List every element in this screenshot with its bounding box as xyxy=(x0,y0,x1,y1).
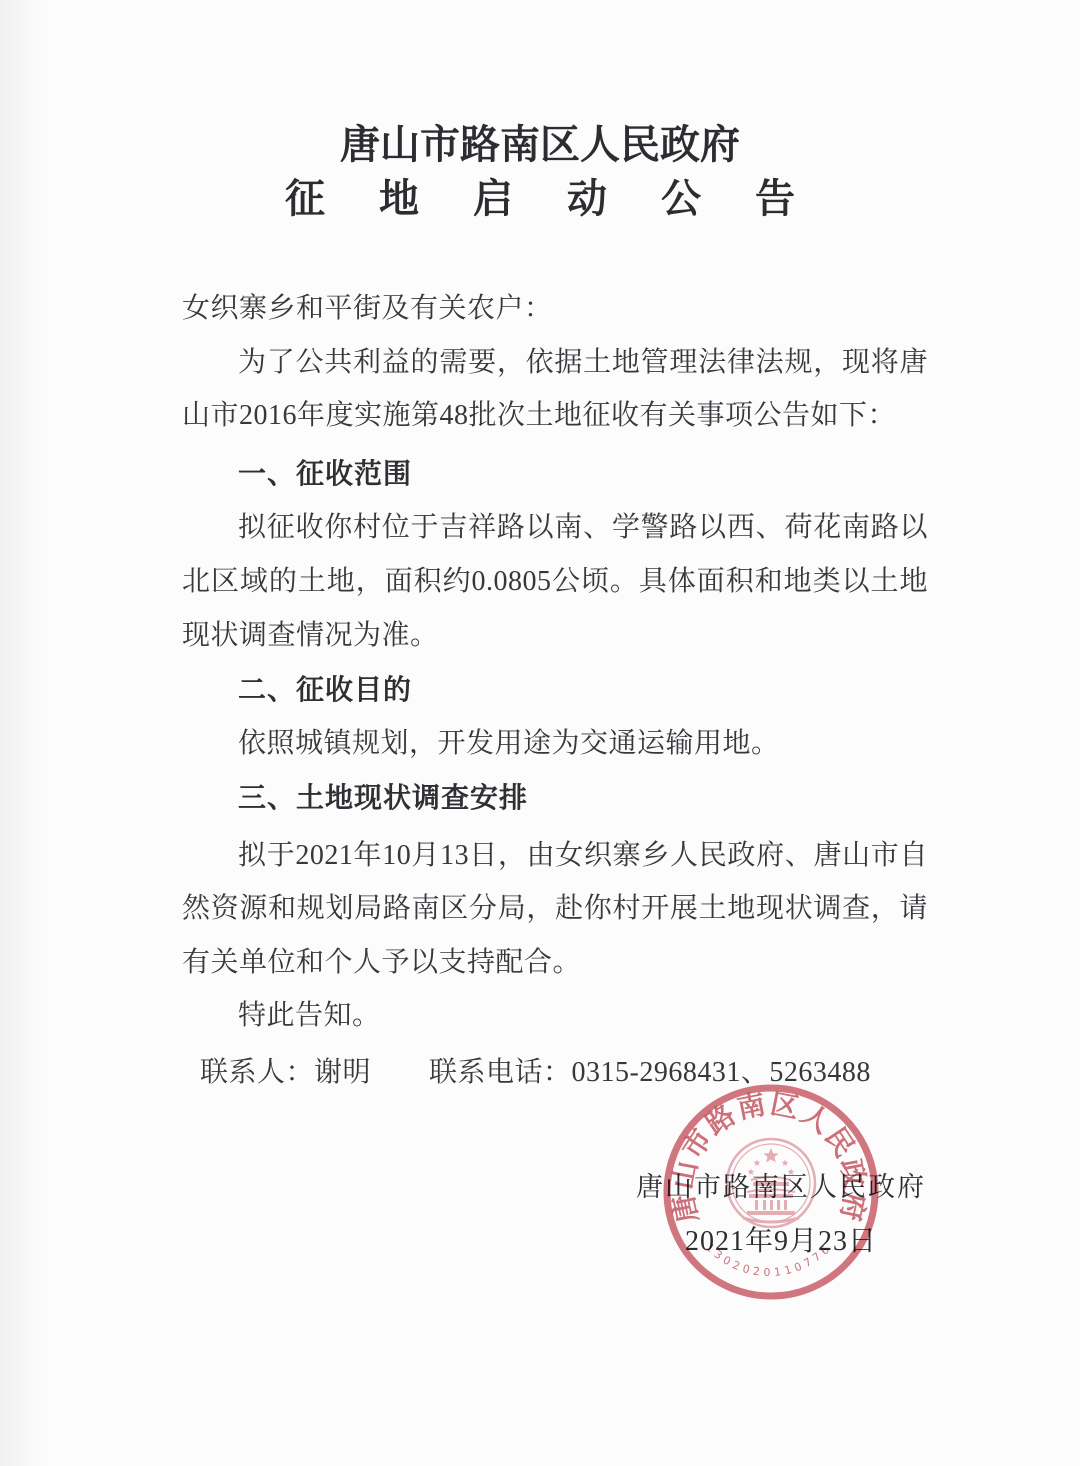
seal-national-emblem-icon xyxy=(727,1139,815,1227)
body-line: 现状调查情况为准。 xyxy=(182,618,928,654)
closing-line: 特此告知。 xyxy=(182,998,928,1034)
svg-text:1302020110776: 1302020110776 xyxy=(703,1241,835,1279)
intro-paragraph-line: 山市2016年度实施第48批次土地征收有关事项公告如下： xyxy=(182,398,928,434)
body-line: 拟征收你村位于吉祥路以南、学警路以西、荷花南路以 xyxy=(182,510,928,546)
seal-serial-number: 1302020110776 xyxy=(703,1241,835,1279)
body-line: 依照城镇规划，开发用途为交通运输用地。 xyxy=(182,726,928,762)
official-seal: 唐山市路南区人民政府 1302020110776 xyxy=(659,1080,883,1304)
body-line: 有关单位和个人予以支持配合。 xyxy=(182,945,928,981)
contact-phone-label: 联系电话： xyxy=(429,1057,572,1088)
section-heading-survey: 三、土地现状调查安排 xyxy=(182,780,928,816)
salutation-line: 女织寨乡和平街及有关农户： xyxy=(182,291,928,327)
body-line: 拟于2021年10月13日，由女织寨乡人民政府、唐山市自 xyxy=(182,838,928,874)
document-page: 唐山市路南区人民政府 征 地 启 动 公 告 女织寨乡和平街及有关农户： 为了公… xyxy=(0,0,1080,1466)
section-heading-purpose: 二、征收目的 xyxy=(182,672,928,708)
section-heading-scope: 一、征收范围 xyxy=(182,456,928,492)
body-line: 北区域的土地，面积约0.0805公顷。具体面积和地类以土地 xyxy=(182,564,928,600)
body-line: 然资源和规划局路南区分局，赴你村开展土地现状调查，请 xyxy=(182,891,928,927)
document-title-issuer: 唐山市路南区人民政府 xyxy=(0,122,1080,168)
contact-person-label: 联系人： xyxy=(200,1057,314,1088)
contact-person-name: 谢明 xyxy=(314,1057,371,1088)
document-title-subject: 征 地 启 动 公 告 xyxy=(0,176,1080,222)
intro-paragraph-line: 为了公共利益的需要，依据土地管理法律法规，现将唐 xyxy=(182,345,928,381)
